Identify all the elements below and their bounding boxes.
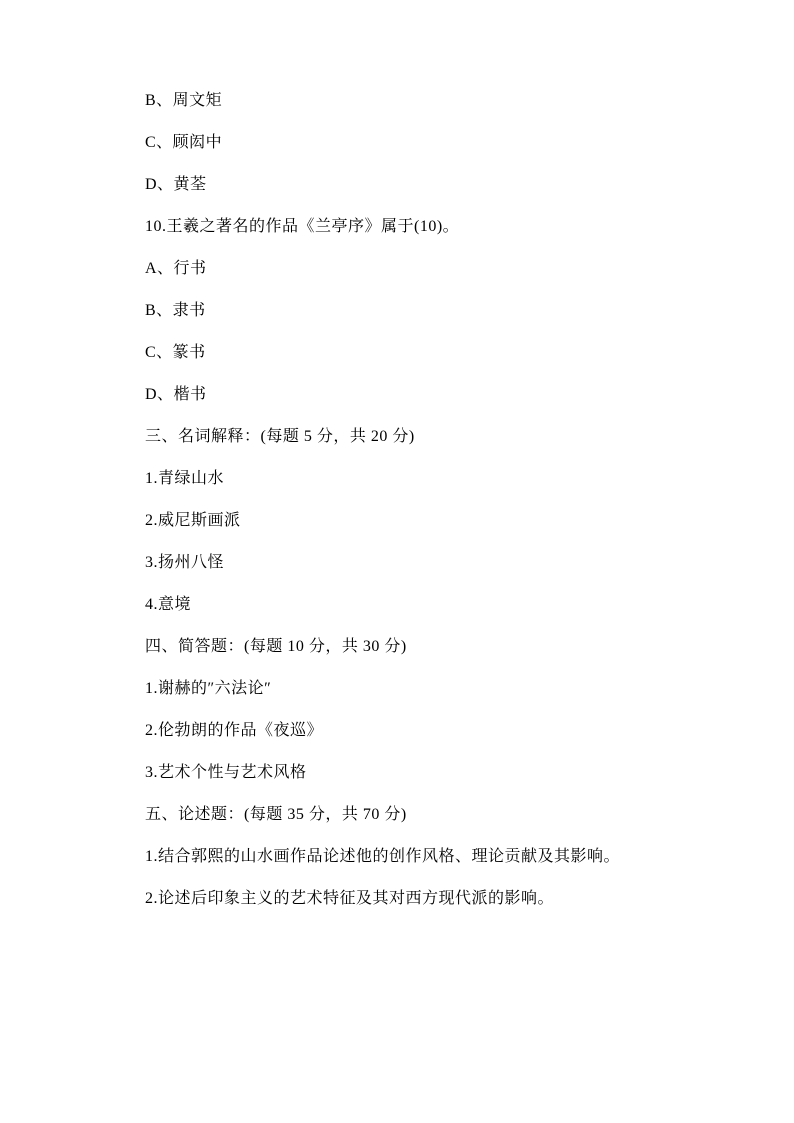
question-stem: 10.王羲之著名的作品《兰亭序》属于(10)。 bbox=[145, 218, 734, 235]
exam-document-page: B、周文矩 C、顾闳中 D、黄荃 10.王羲之著名的作品《兰亭序》属于(10)。… bbox=[0, 0, 794, 1123]
list-item: 1.谢赫的″六法论″ bbox=[145, 680, 734, 697]
list-item: 3.扬州八怪 bbox=[145, 554, 734, 571]
list-item: 4.意境 bbox=[145, 596, 734, 613]
answer-option: D、楷书 bbox=[145, 386, 734, 403]
answer-option: C、篆书 bbox=[145, 344, 734, 361]
answer-option: A、行书 bbox=[145, 260, 734, 277]
list-item: 1.青绿山水 bbox=[145, 470, 734, 487]
list-item: 3.艺术个性与艺术风格 bbox=[145, 764, 734, 781]
list-item: 2.论述后印象主义的艺术特征及其对西方现代派的影响。 bbox=[145, 890, 734, 907]
section-heading: 三、名词解释：(每题 5 分，共 20 分) bbox=[145, 428, 734, 445]
list-item: 1.结合郭熙的山水画作品论述他的创作风格、理论贡献及其影响。 bbox=[145, 848, 734, 865]
section-heading: 五、论述题：(每题 35 分，共 70 分) bbox=[145, 806, 734, 823]
answer-option: C、顾闳中 bbox=[145, 134, 734, 151]
answer-option: D、黄荃 bbox=[145, 176, 734, 193]
list-item: 2.伦勃朗的作品《夜巡》 bbox=[145, 722, 734, 739]
answer-option: B、隶书 bbox=[145, 302, 734, 319]
section-heading: 四、简答题：(每题 10 分，共 30 分) bbox=[145, 638, 734, 655]
answer-option: B、周文矩 bbox=[145, 92, 734, 109]
list-item: 2.威尼斯画派 bbox=[145, 512, 734, 529]
